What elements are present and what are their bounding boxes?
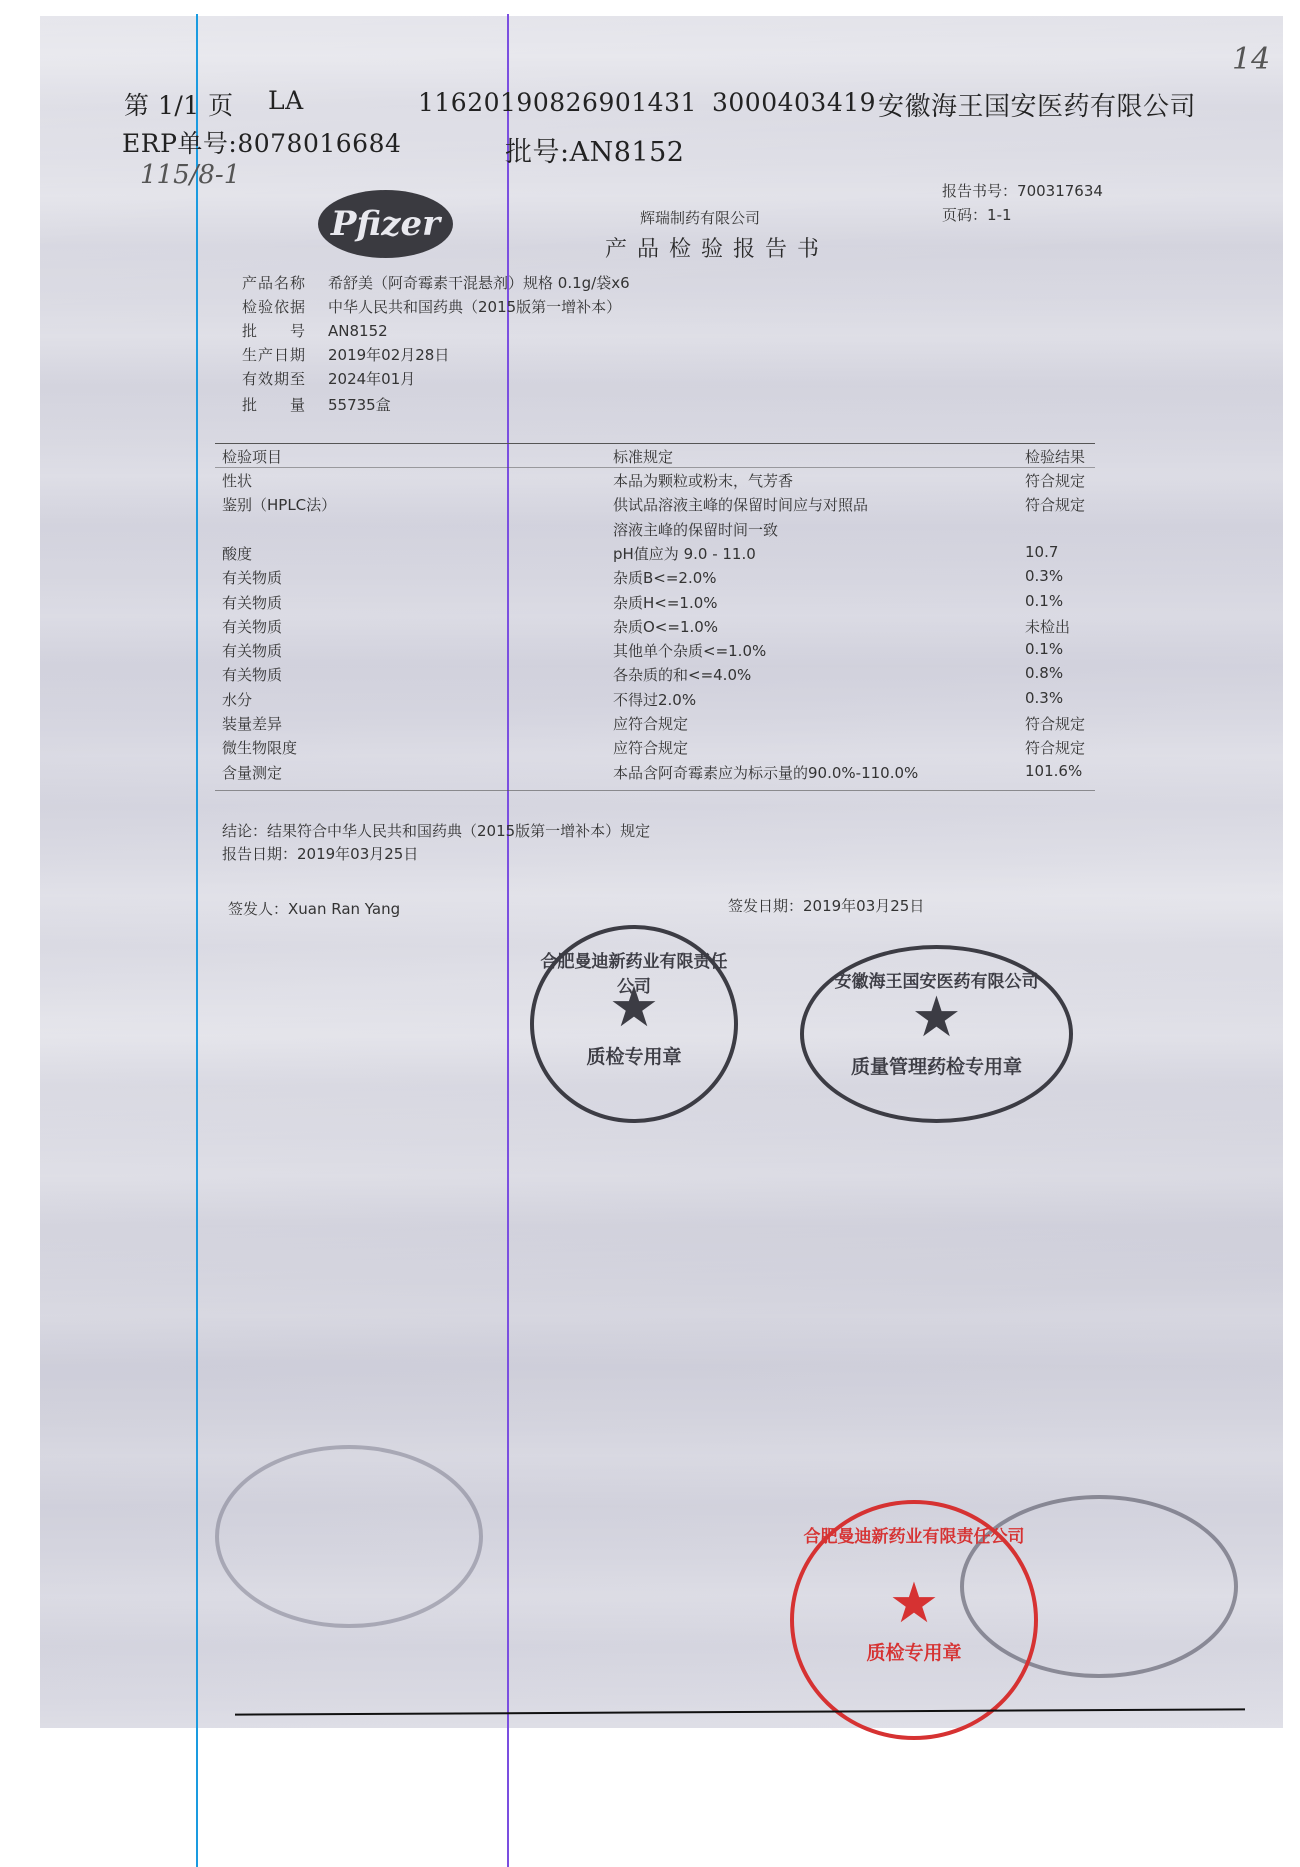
cell-result: 符合规定	[1025, 494, 1085, 515]
cell-standard: 杂质B<=2.0%	[613, 567, 717, 588]
cell-result: 符合规定	[1025, 737, 1085, 758]
table-row: 有关物质杂质O<=1.0%未检出	[222, 616, 1102, 640]
table-header-rule	[215, 467, 1095, 468]
info-product-name: 产品名称希舒美（阿奇霉素干混悬剂）规格 0.1g/袋x6	[242, 272, 630, 293]
star-icon: ★	[911, 990, 961, 1046]
handwritten-page-number: 14	[1232, 42, 1270, 77]
cell-standard: 应符合规定	[613, 713, 688, 734]
cell-standard: 本品含阿奇霉素应为标示量的90.0%-110.0%	[613, 762, 918, 783]
table-row: 有关物质其他单个杂质<=1.0%0.1%	[222, 640, 1102, 664]
table-row: 微生物限度应符合规定符合规定	[222, 737, 1102, 761]
faint-stamp-left	[215, 1445, 483, 1628]
cell-result: 10.7	[1025, 543, 1058, 561]
cell-item: 鉴别（HPLC法）	[222, 494, 336, 515]
cell-item: 有关物质	[222, 592, 282, 613]
table-row: 含量测定本品含阿奇霉素应为标示量的90.0%-110.0%101.6%	[222, 762, 1102, 786]
page-number-label: 页码	[942, 206, 972, 224]
stamp-quality-management-anhui: 安徽海王国安医药有限公司 ★ 质量管理药检专用章	[800, 945, 1073, 1123]
table-row: 有关物质杂质B<=2.0%0.3%	[222, 567, 1102, 591]
cell-result: 符合规定	[1025, 713, 1085, 734]
info-test-basis: 检验依据中华人民共和国药典（2015版第一增补本）	[242, 296, 621, 317]
star-icon: ★	[889, 1576, 939, 1632]
red-stamp-quality-inspection: 合肥曼迪新药业有限责任公司 ★ 质检专用章	[790, 1500, 1038, 1740]
table-row: 有关物质杂质H<=1.0%0.1%	[222, 592, 1102, 616]
record-number: 11620190826901431	[418, 88, 697, 117]
cell-standard: 各杂质的和<=4.0%	[613, 664, 751, 685]
cell-item: 酸度	[222, 543, 252, 564]
table-row: 溶液主峰的保留时间一致	[222, 519, 1102, 543]
cell-standard: 其他单个杂质<=1.0%	[613, 640, 766, 661]
cell-result: 0.1%	[1025, 640, 1063, 658]
cell-standard: 应符合规定	[613, 737, 688, 758]
table-top-rule	[215, 443, 1095, 444]
table-row: 酸度pH值应为 9.0 - 11.010.7	[222, 543, 1102, 567]
stamp-quality-inspection-hefei: 合肥曼迪新药业有限责任公司 ★ 质检专用章	[530, 925, 738, 1123]
cell-result: 0.3%	[1025, 567, 1063, 585]
cell-item: 微生物限度	[222, 737, 297, 758]
table-row: 性状本品为颗粒或粉末，气芳香符合规定	[222, 470, 1102, 494]
page-indicator: 第 1/1 页	[124, 86, 234, 122]
batch-number: 批号:AN8152	[505, 130, 684, 169]
report-number: 报告书号：700317634	[942, 180, 1103, 201]
signer: 签发人：Xuan Ran Yang	[228, 898, 400, 919]
cell-item: 性状	[222, 470, 252, 491]
conclusion: 结论：结果符合中华人民共和国药典（2015版第一增补本）规定	[222, 820, 650, 841]
info-batch-size: 批 量55735盒	[242, 394, 391, 415]
pfizer-logo: Pfizer	[318, 190, 453, 258]
cell-item: 有关物质	[222, 616, 282, 637]
cell-standard: pH值应为 9.0 - 11.0	[613, 543, 756, 564]
report-number-label: 报告书号	[942, 182, 1002, 200]
cell-standard: 供试品溶液主峰的保留时间应与对照品	[613, 494, 868, 515]
cell-standard: 本品为颗粒或粉末，气芳香	[613, 470, 793, 491]
cell-item: 水分	[222, 689, 252, 710]
guide-line-blue	[196, 14, 198, 1867]
cell-result: 未检出	[1025, 616, 1070, 637]
cell-standard: 不得过2.0%	[613, 689, 696, 710]
cell-item: 装量差异	[222, 713, 282, 734]
cell-item: 含量测定	[222, 762, 282, 783]
sign-date: 签发日期：2019年03月25日	[728, 895, 924, 916]
cell-standard: 溶液主峰的保留时间一致	[613, 519, 778, 540]
page-number: 页码：1-1	[942, 204, 1012, 225]
cell-result: 0.8%	[1025, 664, 1063, 682]
report-date: 报告日期：2019年03月25日	[222, 843, 418, 864]
cell-item: 有关物质	[222, 664, 282, 685]
table-bottom-rule	[215, 790, 1095, 791]
cell-result: 符合规定	[1025, 470, 1085, 491]
table-row: 鉴别（HPLC法）供试品溶液主峰的保留时间应与对照品符合规定	[222, 494, 1102, 518]
table-row: 水分不得过2.0%0.3%	[222, 689, 1102, 713]
info-expiry-date: 有效期至2024年01月	[242, 368, 415, 389]
info-batch: 批 号AN8152	[242, 320, 388, 341]
supplier-name: 安徽海王国安医药有限公司	[878, 86, 1196, 123]
cell-result: 0.1%	[1025, 592, 1063, 610]
table-row: 装量差异应符合规定符合规定	[222, 713, 1102, 737]
handwritten-reference: 115/8-1	[140, 160, 240, 190]
table-row: 有关物质各杂质的和<=4.0%0.8%	[222, 664, 1102, 688]
cell-item: 有关物质	[222, 640, 282, 661]
supplier-code: 3000403419	[712, 88, 876, 117]
cell-standard: 杂质H<=1.0%	[613, 592, 718, 613]
info-production-date: 生产日期2019年02月28日	[242, 344, 449, 365]
code-la: LA	[268, 86, 304, 115]
cell-result: 101.6%	[1025, 762, 1082, 780]
erp-order-number: ERP单号:8078016684	[122, 124, 401, 160]
page-number-value: 1-1	[987, 206, 1012, 224]
issuing-company: 辉瑞制药有限公司	[640, 207, 760, 228]
report-title: 产品检验报告书	[605, 232, 829, 263]
report-number-value: 700317634	[1017, 182, 1103, 200]
cell-result: 0.3%	[1025, 689, 1063, 707]
scanned-document	[40, 16, 1283, 1728]
cell-standard: 杂质O<=1.0%	[613, 616, 718, 637]
cell-item: 有关物质	[222, 567, 282, 588]
